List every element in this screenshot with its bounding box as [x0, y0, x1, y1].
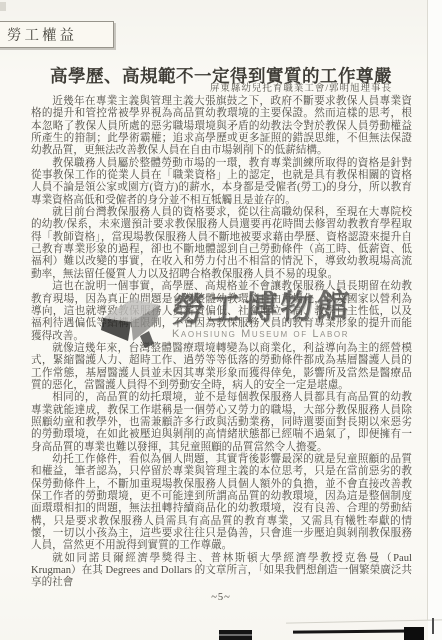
paragraph: 就如同諾貝爾經濟學獎得主、普林斯頓大學經濟學教授克魯曼（Paul Krugman…: [31, 553, 412, 590]
scanned-document-page: 勞工權益 高學歷、高規範不一定得到實質的工作尊嚴 屏東縣幼兒托育職業工會/郭明旭…: [0, 0, 442, 640]
page-edge-bottom: [286, 619, 442, 623]
page-edge-right: [427, 0, 428, 620]
paragraph: 近幾年在專業主義與管理主義大張旗鼓之下，政府不斷要求教保人員專業資格的提升和管控…: [31, 96, 412, 158]
paragraph: 教保職務人員屬於整體勞動市場的一環，教育專業訓練所取得的資格是針對從事教保工作的…: [31, 158, 412, 207]
article-body: 近幾年在專業主義與管理主義大張旗鼓之下，政府不斷要求教保人員專業資格的提升和管控…: [31, 96, 412, 590]
paragraph: 這也在說明一個事實，高學歷、高規格並不會讓教保服務人員長期留在幼教教育現場，因為…: [31, 281, 412, 343]
scan-right-margin: [428, 0, 442, 640]
paragraph: 就像這幾年來，台灣整體醫療環境轉變為以商業化，利益導向為主的經營模式，緊縮醫護人…: [31, 343, 412, 392]
category-tag-label: 勞工權益: [7, 24, 77, 45]
scan-artifact-block: [219, 630, 252, 640]
scan-speck: [0, 2, 6, 11]
scan-artifact-bar: [293, 629, 421, 633]
category-tag-box: 勞工權益: [0, 21, 114, 48]
scan-artifact-tick: [432, 618, 434, 634]
scan-artifact-corner: [404, 627, 424, 640]
paragraph: 相同的，高品質的幼托環境，並不是每個教保服務人員都具有高品質的幼教專業就能達成，…: [31, 392, 412, 454]
article-byline: 屏東縣幼兒托育職業工會/郭明旭理事長: [210, 80, 392, 94]
page-number: ~5~: [0, 592, 442, 603]
paragraph: 就目前台灣教保服務人員的資格要求，從以往高職幼保科，至現在大專院校的幼教/保系，…: [31, 207, 412, 281]
paragraph: 幼托工作條件，看似為個人問題，其實背後影響最深的就是兒童照顧的品質和權益，筆者認…: [31, 454, 412, 553]
